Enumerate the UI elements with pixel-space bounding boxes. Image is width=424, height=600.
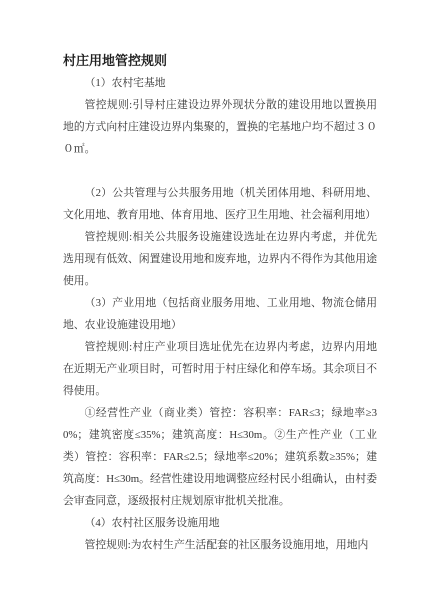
- section-1-rule: 管控规则:引导村庄建设边界外现状分散的建设用地以置换用地的方式向村庄建设边界内集…: [63, 94, 377, 160]
- section-3-rule: 管控规则:村庄产业项目选址优先在边界内考虑，边界内用地在近期无产业项目时，可暂时…: [63, 336, 377, 402]
- section-3-metrics: ①经营性产业（商业类）管控：容积率：FAR≤3；绿地率≥30%；建筑密度≤35%…: [63, 402, 377, 512]
- document-title: 村庄用地管控规则: [63, 50, 377, 72]
- document-page: 村庄用地管控规则 （1）农村宅基地 管控规则:引导村庄建设边界外现状分散的建设用…: [0, 0, 424, 600]
- section-3-heading: （3）产业用地（包括商业服务用地、工业用地、物流仓储用地、农业设施建设用地）: [63, 292, 377, 336]
- section-2-rule: 管控规则:相关公共服务设施建设选址在边界内考虑，并优先选用现有低效、闲置建设用地…: [63, 226, 377, 292]
- section-1-heading: （1）农村宅基地: [63, 72, 377, 94]
- section-4-rule: 管控规则:为农村生产生活配套的社区服务设施用地，用地内: [63, 534, 377, 556]
- section-4-heading: （4）农村社区服务设施用地: [63, 512, 377, 534]
- section-2-heading: （2）公共管理与公共服务用地（机关团体用地、科研用地、文化用地、教育用地、体育用…: [63, 182, 377, 226]
